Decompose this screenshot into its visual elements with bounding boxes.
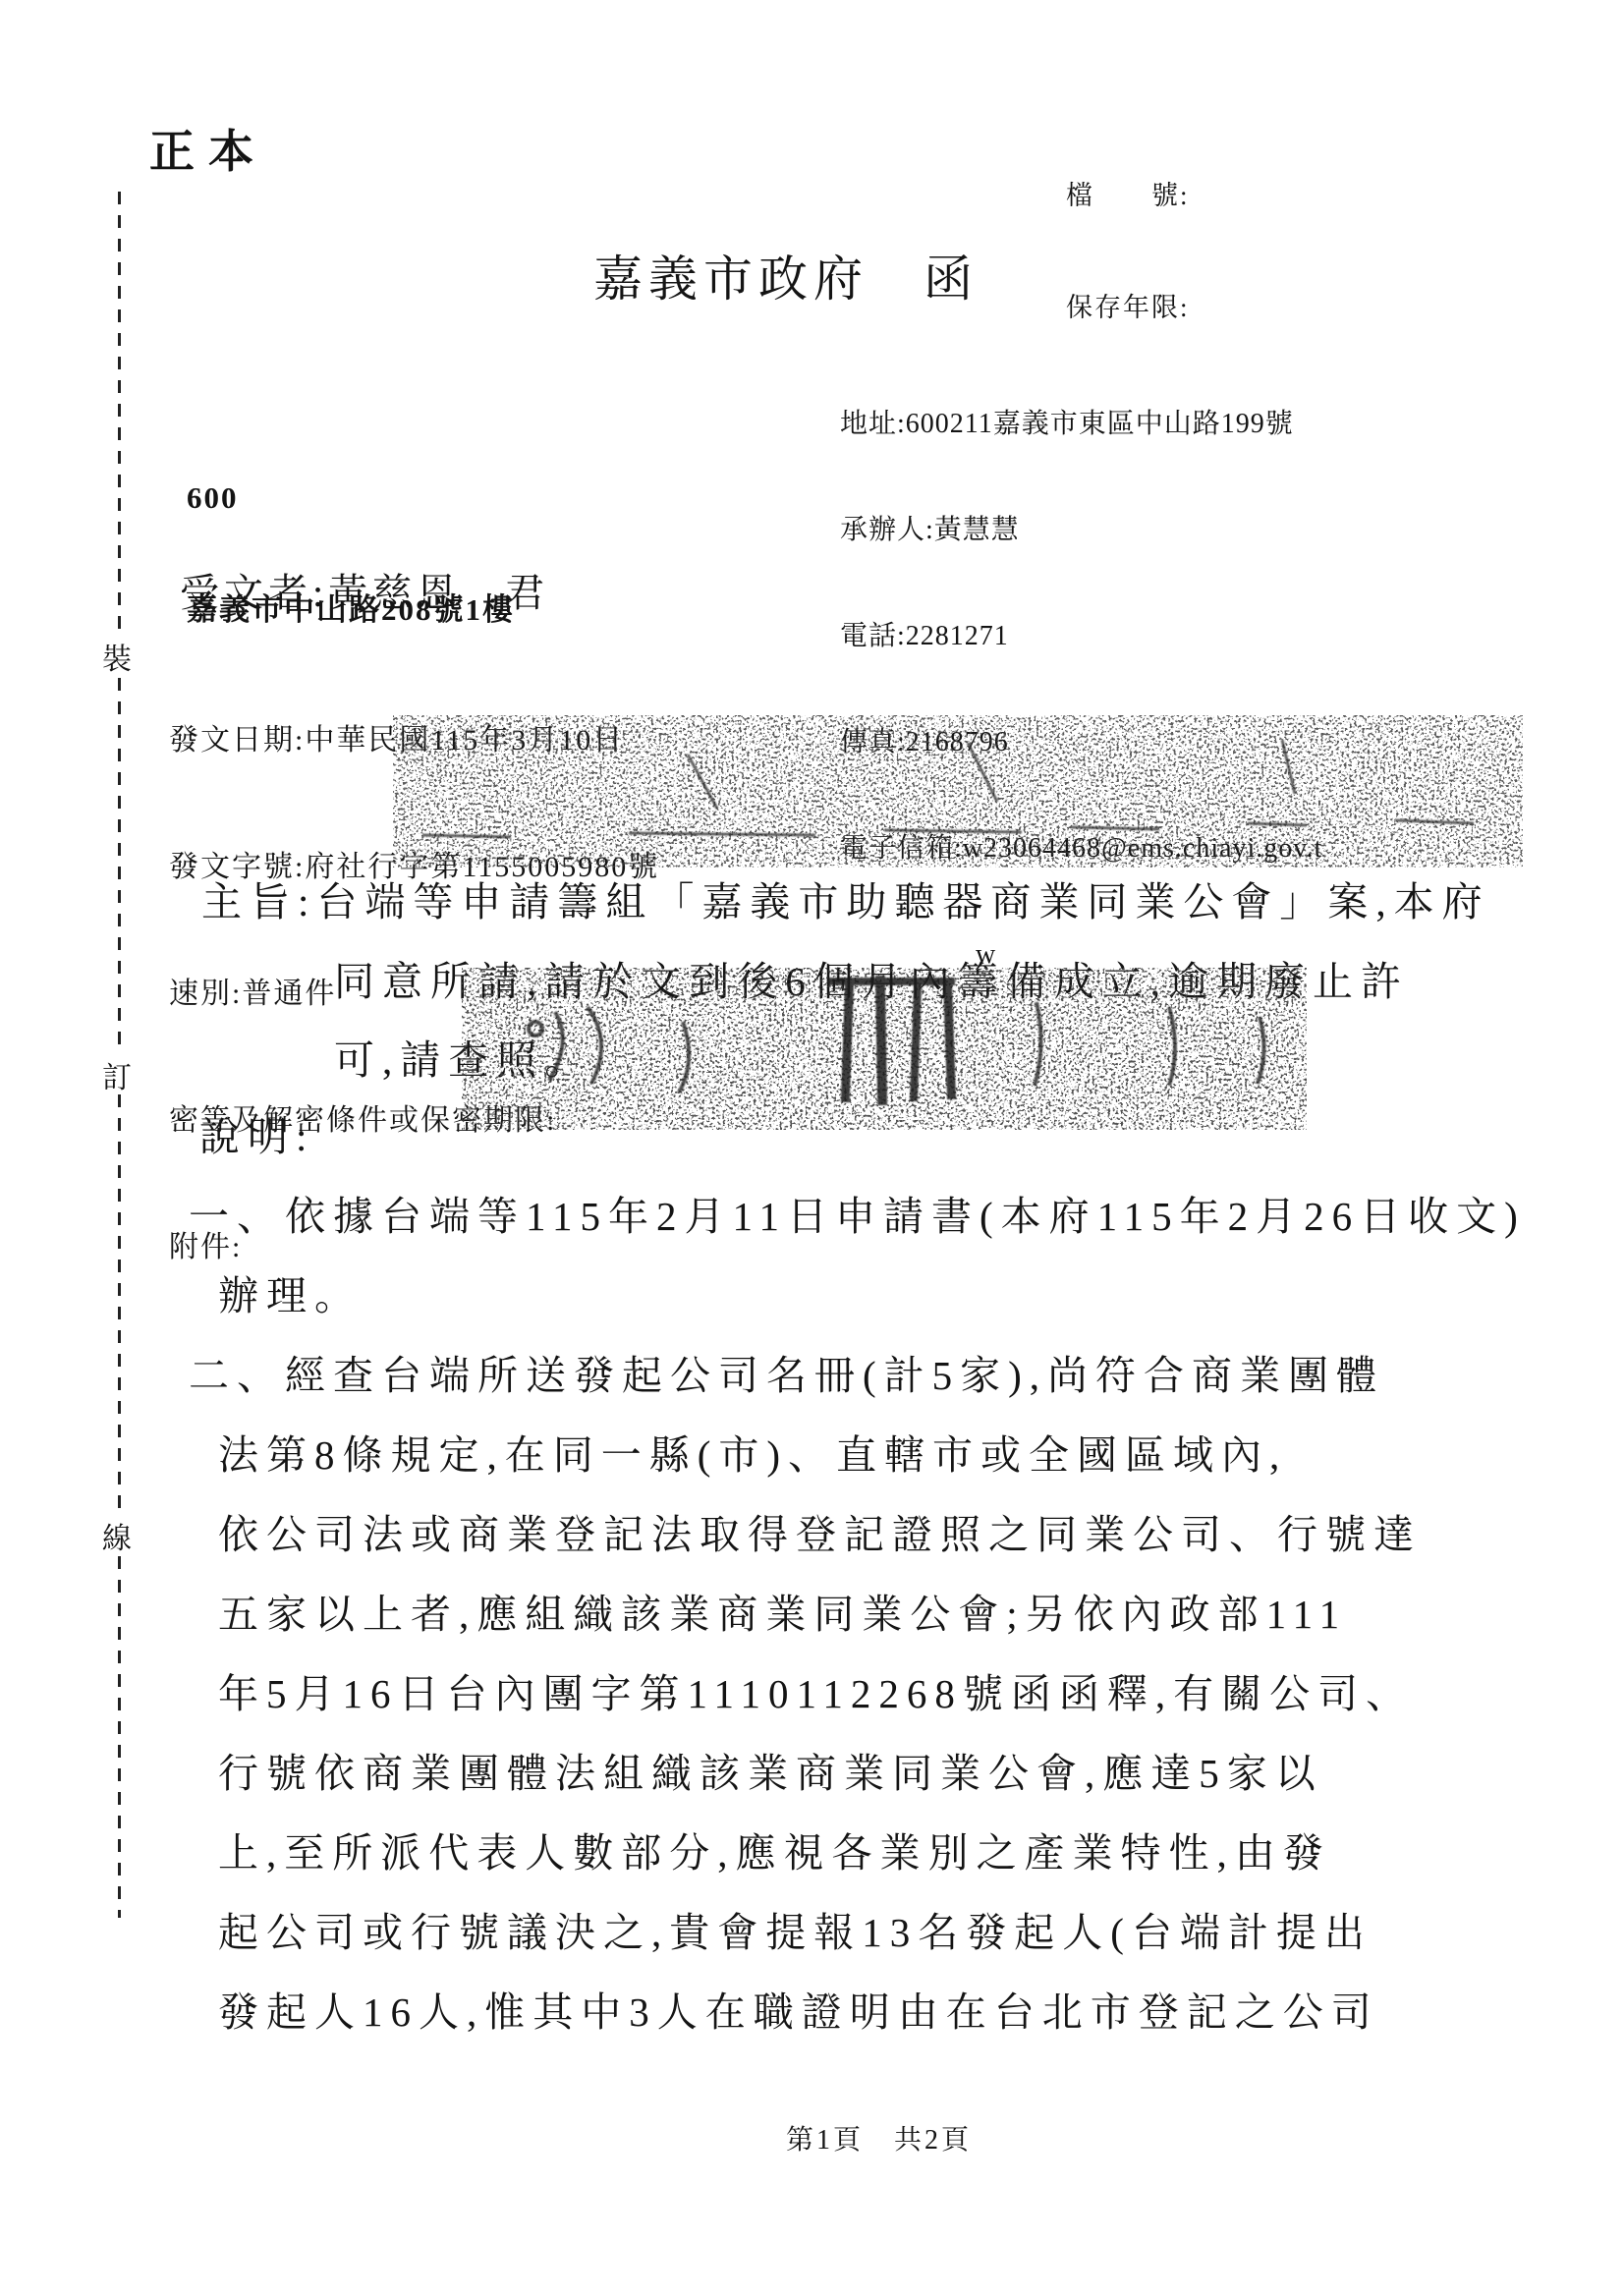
agency-contact-block: 地址:600211嘉義市東區中山路199號 承辦人:黃慧慧 電話:2281271… — [840, 336, 1322, 1043]
document-title: 嘉義市政府 函 — [593, 240, 979, 310]
page-number: 第1頁 共2頁 — [786, 2118, 972, 2157]
binding-dashed-line — [118, 678, 121, 1049]
binding-label-xian: 線 — [102, 1514, 132, 1557]
agency-address: 地址:600211嘉義市東區中山路199號 — [840, 407, 1322, 442]
file-number-label: 檔 號: — [1066, 177, 1190, 214]
binding-label-ding: 訂 — [102, 1053, 132, 1096]
item-2-line: 二、經查台端所送發起公司名冊(計5家),尚符合商業團體 — [189, 1343, 1384, 1401]
item-2-line: 法第8條規定,在同一縣(市)、直轄市或全國區域內, — [218, 1423, 1287, 1481]
item-2-line: 行號依商業團體法組織該業商業同業公會,應達5家以 — [218, 1741, 1323, 1799]
item-2-line: 年5月16日台內團字第1110112268號函函釋,有關公司、 — [218, 1661, 1414, 1719]
item-2-line: 起公司或行號議決之,貴會提報13名發起人(台端計提出 — [218, 1900, 1372, 1958]
item-1-line: 一、依據台端等115年2月11日申請書(本府115年2月26日收文) — [189, 1184, 1526, 1242]
item-2-line: 上,至所派代表人數部分,應視各業別之產業特性,由發 — [218, 1820, 1331, 1878]
subject-line: 主旨:台端等申請籌組「嘉義市助聽器商業同業公會」案,本府 — [201, 869, 1490, 927]
item-2-line: 發起人16人,惟其中3人在職證明由在台北市登記之公司 — [218, 1980, 1379, 2038]
binding-dashed-line — [118, 1094, 121, 1510]
recipient-zip-code: 600 — [187, 479, 515, 517]
stamp-smudge-lower — [462, 968, 1307, 1130]
item-1-line: 辦理。 — [218, 1263, 363, 1321]
copy-type-label: 正本 — [149, 116, 267, 181]
official-letter-page: 裝 訂 線 正本 檔 號: 保存年限: 嘉義市政府 函 地址:600211嘉義市… — [0, 0, 1624, 2296]
binding-dashed-line — [118, 192, 121, 634]
binding-label-zhuang: 裝 — [102, 635, 132, 678]
binding-dashed-line — [118, 1556, 121, 1918]
agency-phone: 電話:2281271 — [840, 619, 1322, 654]
explanation-label: 說明: — [199, 1104, 314, 1162]
retention-period-label: 保存年限: — [1066, 289, 1190, 326]
agency-contact-person: 承辦人:黃慧慧 — [840, 513, 1322, 548]
item-2-line: 依公司法或商業登記法取得登記證照之同業公司、行號達 — [218, 1502, 1422, 1560]
item-2-line: 五家以上者,應組織該業商業同業公會;另依內政部111 — [218, 1582, 1347, 1640]
stamp-smudge-upper — [393, 715, 1523, 868]
recipient-line: 受文者:黃慈恩 君 — [180, 562, 549, 618]
